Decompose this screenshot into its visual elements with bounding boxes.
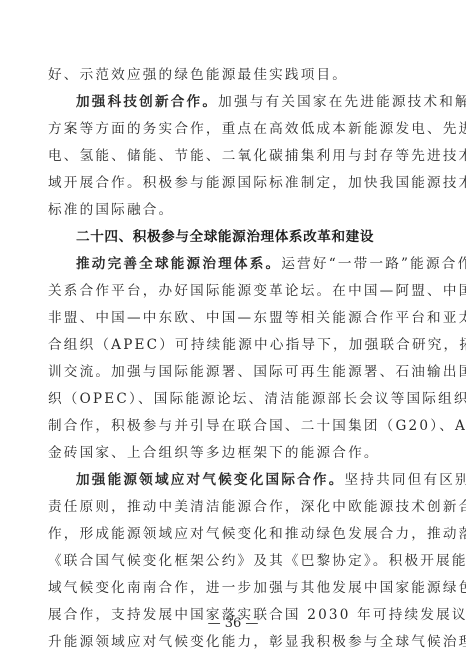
text-line: 织（OPEC）、国际能源论坛、清洁能源部长会议等国际组织和机 — [48, 386, 416, 413]
text-line: 作，形成能源领域应对气候变化和推动绿色发展合力，推动落实 — [48, 521, 416, 548]
text-line: 非盟、中国—中东欧、中国—东盟等相关能源合作平台和亚太经 — [48, 305, 416, 332]
paragraph-first-line: 加强能源领域应对气候变化国际合作。坚持共同但有区别的 — [48, 467, 416, 494]
text-line: 域开展合作。积极参与能源国际标准制定，加快我国能源技术、 — [48, 170, 416, 197]
document-page: 好、示范效应强的绿色能源最佳实践项目。 加强科技创新合作。加强与有关国家在先进能… — [48, 62, 416, 649]
text-span: 坚持共同但有区别的 — [345, 472, 466, 488]
text-line: 训交流。加强与国际能源署、国际可再生能源署、石油输出国组 — [48, 359, 416, 386]
text-line: 制合作，积极参与并引导在联合国、二十国集团（G20）、APEC、 — [48, 413, 416, 440]
text-line: 好、示范效应强的绿色能源最佳实践项目。 — [48, 62, 416, 89]
text-line: 升能源领域应对气候变化能力，彰显我积极参与全球气候治理的 — [48, 629, 416, 649]
text-line: 金砖国家、上合组织等多边框架下的能源合作。 — [48, 440, 416, 467]
section-heading: 二十四、积极参与全球能源治理体系改革和建设 — [48, 224, 416, 251]
text-line: 电、氢能、储能、节能、二氧化碳捕集利用与封存等先进技术领 — [48, 143, 416, 170]
text-span: 加强与有关国家在先进能源技术和解决 — [218, 94, 466, 110]
paragraph-first-line: 加强科技创新合作。加强与有关国家在先进能源技术和解决 — [48, 89, 416, 116]
text-line: 合组织（APEC）可持续能源中心指导下，加强联合研究，拓展培 — [48, 332, 416, 359]
text-span: 运营好“一带一路”能源合作伙伴 — [281, 256, 466, 272]
text-line: 责任原则，推动中美清洁能源合作，深化中欧能源技术创新合 — [48, 494, 416, 521]
text-line: 标准的国际融合。 — [48, 197, 416, 224]
text-line: 《联合国气候变化框架公约》及其《巴黎协定》。积极开展能源领 — [48, 548, 416, 575]
text-line: 关系合作平台，办好国际能源变革论坛。在中国—阿盟、中国— — [48, 278, 416, 305]
paragraph-first-line: 推动完善全球能源治理体系。运营好“一带一路”能源合作伙伴 — [48, 251, 416, 278]
text-line: 域气候变化南南合作，进一步加强与其他发展中国家能源绿色发 — [48, 575, 416, 602]
paragraph-lead: 加强能源领域应对气候变化国际合作。 — [76, 472, 345, 488]
page-number: — 36 — — [0, 616, 466, 631]
paragraph-lead: 加强科技创新合作。 — [76, 94, 218, 110]
text-line: 方案等方面的务实合作，重点在高效低成本新能源发电、先进核 — [48, 116, 416, 143]
paragraph-lead: 推动完善全球能源治理体系。 — [76, 256, 281, 272]
